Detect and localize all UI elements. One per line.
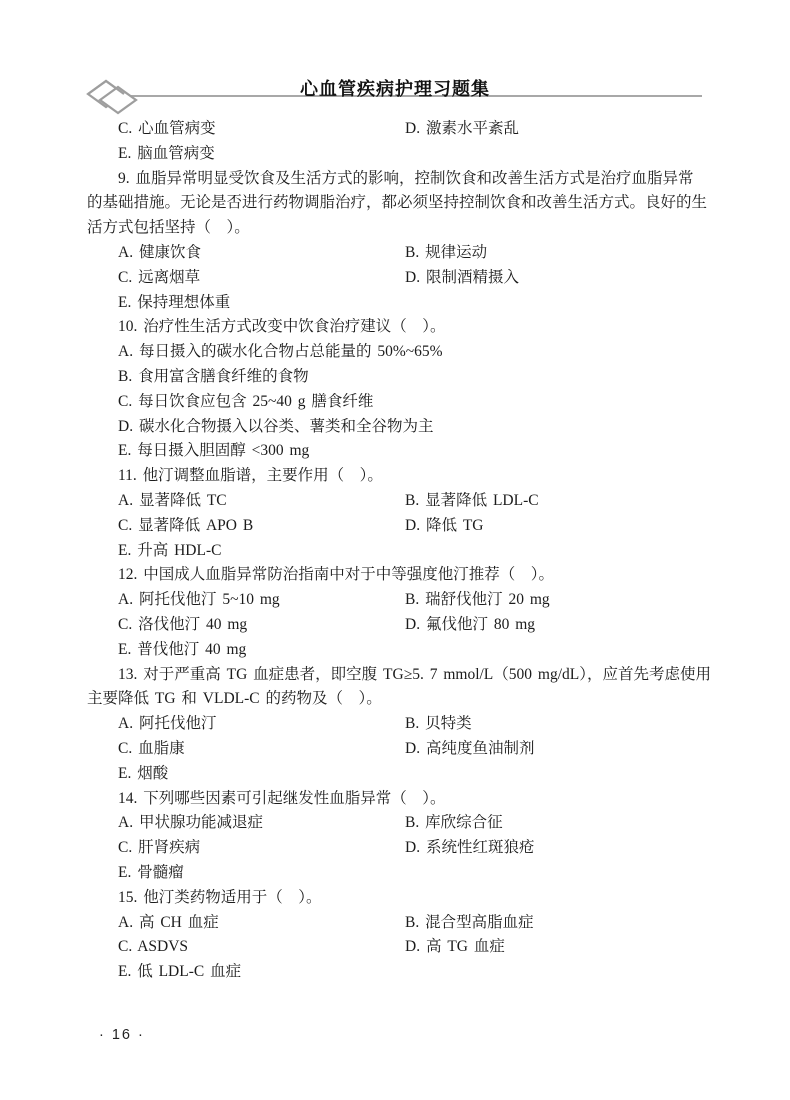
options-row: A. 每日摄入的碳水化合物占总能量的 50%~65% xyxy=(87,340,743,365)
option-right: D. 降低 TG xyxy=(405,514,483,539)
option-left: C. 显著降低 APO B xyxy=(118,517,253,534)
option-left: E. 保持理想体重 xyxy=(118,294,230,311)
options-row: C. 心血管病变D. 激素水平紊乱 xyxy=(87,117,743,142)
option-left: E. 低 LDL-C 血症 xyxy=(118,963,241,980)
option-left: C. 血脂康 xyxy=(118,740,185,757)
options-row: E. 升高 HDL-C xyxy=(87,539,743,564)
content-lines: C. 心血管病变D. 激素水平紊乱E. 脑血管病变9. 血脂异常明显受饮食及生活… xyxy=(87,117,743,985)
question-stem-line: 9. 血脂异常明显受饮食及生活方式的影响，控制饮食和改善生活方式是治疗血脂异常 xyxy=(87,167,743,192)
option-right: D. 激素水平紊乱 xyxy=(405,117,519,142)
option-left: E. 烟酸 xyxy=(118,765,168,782)
option-right: D. 氟伐他汀 80 mg xyxy=(405,613,535,638)
option-left: C. 每日饮食应包含 25~40 g 膳食纤维 xyxy=(118,393,373,410)
options-row: D. 碳水化合物摄入以谷类、薯类和全谷物为主 xyxy=(87,415,743,440)
option-left: C. 远离烟草 xyxy=(118,269,200,286)
book-title: 心血管疾病护理习题集 xyxy=(0,75,790,101)
book-page: 心血管疾病护理习题集 C. 心血管病变D. 激素水平紊乱E. 脑血管病变9. 血… xyxy=(0,0,790,1100)
option-left: A. 高 CH 血症 xyxy=(118,914,219,931)
options-row: E. 烟酸 xyxy=(87,762,743,787)
option-left: A. 每日摄入的碳水化合物占总能量的 50%~65% xyxy=(118,343,443,360)
option-left: A. 甲状腺功能减退症 xyxy=(118,814,263,831)
option-right: B. 瑞舒伐他汀 20 mg xyxy=(405,588,550,613)
option-left: D. 碳水化合物摄入以谷类、薯类和全谷物为主 xyxy=(118,418,433,435)
option-right: B. 混合型高脂血症 xyxy=(405,911,534,936)
option-left: E. 脑血管病变 xyxy=(118,145,215,162)
options-row: C. 血脂康D. 高纯度鱼油制剂 xyxy=(87,737,743,762)
question-stem-line: 11. 他汀调整血脂谱，主要作用（ ）。 xyxy=(87,464,743,489)
option-left: C. 洛伐他汀 40 mg xyxy=(118,616,247,633)
question-stem-line: 10. 治疗性生活方式改变中饮食治疗建议（ ）。 xyxy=(87,315,743,340)
option-left: A. 阿托伐他汀 5~10 mg xyxy=(118,591,280,608)
options-row: A. 高 CH 血症B. 混合型高脂血症 xyxy=(87,911,743,936)
options-row: C. 显著降低 APO BD. 降低 TG xyxy=(87,514,743,539)
option-right: B. 规律运动 xyxy=(405,241,487,266)
option-left: E. 普伐他汀 40 mg xyxy=(118,641,246,658)
option-right: B. 库欣综合征 xyxy=(405,811,503,836)
options-row: A. 甲状腺功能减退症B. 库欣综合征 xyxy=(87,811,743,836)
options-row: A. 健康饮食B. 规律运动 xyxy=(87,241,743,266)
options-row: E. 每日摄入胆固醇 <300 mg xyxy=(87,439,743,464)
option-left: A. 健康饮食 xyxy=(118,244,201,261)
option-right: D. 系统性红斑狼疮 xyxy=(405,836,534,861)
options-row: C. 肝肾疾病D. 系统性红斑狼疮 xyxy=(87,836,743,861)
options-row: E. 脑血管病变 xyxy=(87,142,743,167)
option-right: D. 高 TG 血症 xyxy=(405,935,505,960)
options-row: C. ASDVSD. 高 TG 血症 xyxy=(87,935,743,960)
question-stem-continuation: 活方式包括坚持（ ）。 xyxy=(87,216,743,241)
question-stem-line: 13. 对于严重高 TG 血症患者，即空腹 TG≥5. 7 mmol/L（500… xyxy=(87,663,743,688)
options-row: E. 保持理想体重 xyxy=(87,291,743,316)
option-left: E. 升高 HDL-C xyxy=(118,542,221,559)
option-right: B. 显著降低 LDL-C xyxy=(405,489,539,514)
options-row: C. 洛伐他汀 40 mgD. 氟伐他汀 80 mg xyxy=(87,613,743,638)
options-row: C. 远离烟草D. 限制酒精摄入 xyxy=(87,266,743,291)
option-left: C. 肝肾疾病 xyxy=(118,839,200,856)
option-left: C. 心血管病变 xyxy=(118,120,216,137)
option-left: C. ASDVS xyxy=(118,938,188,955)
option-left: E. 每日摄入胆固醇 <300 mg xyxy=(118,442,309,459)
option-right: D. 高纯度鱼油制剂 xyxy=(405,737,534,762)
options-row: A. 阿托伐他汀B. 贝特类 xyxy=(87,712,743,737)
options-row: A. 阿托伐他汀 5~10 mgB. 瑞舒伐他汀 20 mg xyxy=(87,588,743,613)
options-row: B. 食用富含膳食纤维的食物 xyxy=(87,365,743,390)
question-stem-continuation: 主要降低 TG 和 VLDL-C 的药物及（ ）。 xyxy=(87,687,743,712)
page-number: · 16 · xyxy=(99,1027,145,1043)
options-row: A. 显著降低 TCB. 显著降低 LDL-C xyxy=(87,489,743,514)
option-right: B. 贝特类 xyxy=(405,712,472,737)
question-stem-line: 14. 下列哪些因素可引起继发性血脂异常（ ）。 xyxy=(87,787,743,812)
question-stem-line: 12. 中国成人血脂异常防治指南中对于中等强度他汀推荐（ ）。 xyxy=(87,563,743,588)
option-left: A. 阿托伐他汀 xyxy=(118,715,216,732)
option-right: D. 限制酒精摄入 xyxy=(405,266,519,291)
options-row: E. 骨髓瘤 xyxy=(87,861,743,886)
option-left: A. 显著降低 TC xyxy=(118,492,227,509)
option-left: B. 食用富含膳食纤维的食物 xyxy=(118,368,309,385)
question-stem-continuation: 的基础措施。无论是否进行药物调脂治疗，都必须坚持控制饮食和改善生活方式。良好的生 xyxy=(87,191,743,216)
options-row: E. 低 LDL-C 血症 xyxy=(87,960,743,985)
options-row: C. 每日饮食应包含 25~40 g 膳食纤维 xyxy=(87,390,743,415)
options-row: E. 普伐他汀 40 mg xyxy=(87,638,743,663)
question-stem-line: 15. 他汀类药物适用于（ ）。 xyxy=(87,886,743,911)
option-left: E. 骨髓瘤 xyxy=(118,864,184,881)
